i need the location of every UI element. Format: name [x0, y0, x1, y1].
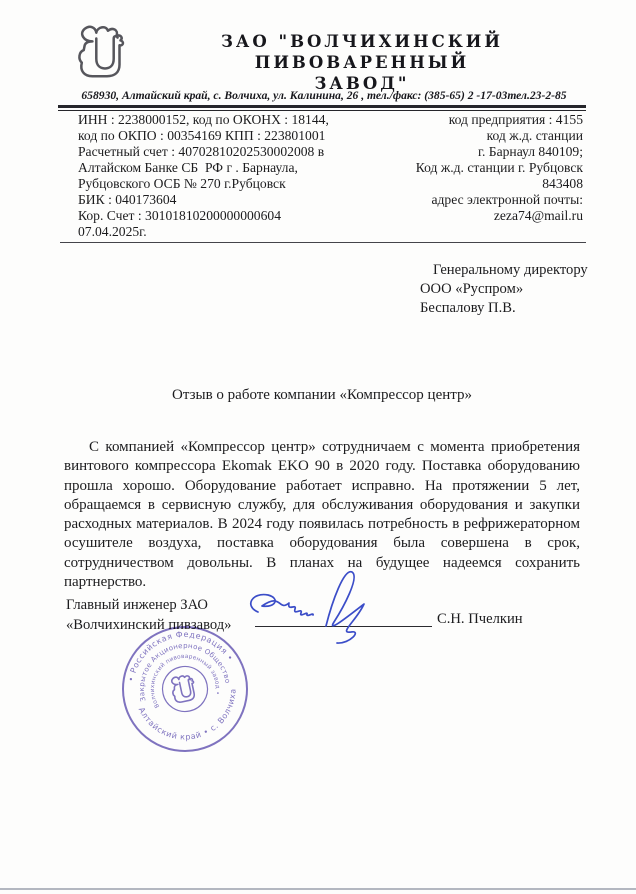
detail-line: Кор. Счет : 30101810200000000604 — [78, 208, 329, 224]
handwritten-signature-icon — [242, 560, 437, 658]
org-name-line1: ЗАО "ВОЛЧИХИНСКИЙ ПИВОВАРЕННЫЙ — [132, 31, 592, 73]
beer-mug-icon — [76, 24, 134, 82]
signer-name: С.Н. Пчелкин — [437, 611, 523, 628]
details-divider — [60, 242, 586, 243]
detail-line: Код ж.д. станции г. Рубцовск — [416, 160, 583, 176]
scan-edge-artifact — [0, 888, 636, 890]
detail-line: Расчетный счет : 40702810202530002008 в — [78, 144, 329, 160]
header-rule-thin — [58, 110, 586, 111]
stamp-beer-mug-icon — [170, 674, 197, 704]
detail-line: Алтайском Банке СБ РФ г . Барнаула, — [78, 160, 329, 176]
letter-title: Отзыв о работе компании «Компрессор цент… — [60, 387, 584, 404]
stamp-inner-border — [158, 662, 211, 715]
detail-line: Рубцовского ОСБ № 270 г.Рубцовск — [78, 176, 329, 192]
org-name: ЗАО "ВОЛЧИХИНСКИЙ ПИВОВАРЕННЫЙ ЗАВОД" — [132, 31, 592, 94]
detail-line: код предприятия : 4155 — [416, 112, 583, 128]
detail-line-date: 07.04.2025г. — [78, 224, 329, 240]
recipient-block: Генеральному директору ООО «Руспром» Бес… — [420, 261, 588, 318]
details-codes-column: код предприятия : 4155 код ж.д. станции … — [416, 112, 583, 240]
details-bank-column: ИНН : 2238000152, код по ОКОНХ : 18144, … — [78, 112, 329, 240]
company-stamp-seal: • Российская Федерация • Алтайский край … — [106, 610, 265, 769]
recipient-line: ООО «Руспром» — [420, 280, 588, 299]
header-rule-thick — [58, 105, 586, 108]
recipient-line: Генеральному директору — [420, 261, 588, 280]
signer-position-line1: Главный инженер ЗАО — [66, 595, 231, 615]
letter-page: ЗАО "ВОЛЧИХИНСКИЙ ПИВОВАРЕННЫЙ ЗАВОД" 65… — [0, 0, 636, 894]
detail-line: г. Барнаул 840109; — [416, 144, 583, 160]
detail-line-email: zeza74@mail.ru — [416, 208, 583, 224]
org-address: 658930, Алтайский край, с. Волчиха, ул. … — [60, 89, 588, 102]
detail-line: БИК : 040173604 — [78, 192, 329, 208]
detail-line: ИНН : 2238000152, код по ОКОНХ : 18144, — [78, 112, 329, 128]
detail-line: код по ОКПО : 00354169 КПП : 223801001 — [78, 128, 329, 144]
recipient-line: Беспалову П.В. — [420, 299, 588, 318]
detail-line: адрес электронной почты: — [416, 192, 583, 208]
company-details: ИНН : 2238000152, код по ОКОНХ : 18144, … — [78, 112, 583, 240]
detail-line: 843408 — [416, 176, 583, 192]
detail-line: код ж.д. станции — [416, 128, 583, 144]
